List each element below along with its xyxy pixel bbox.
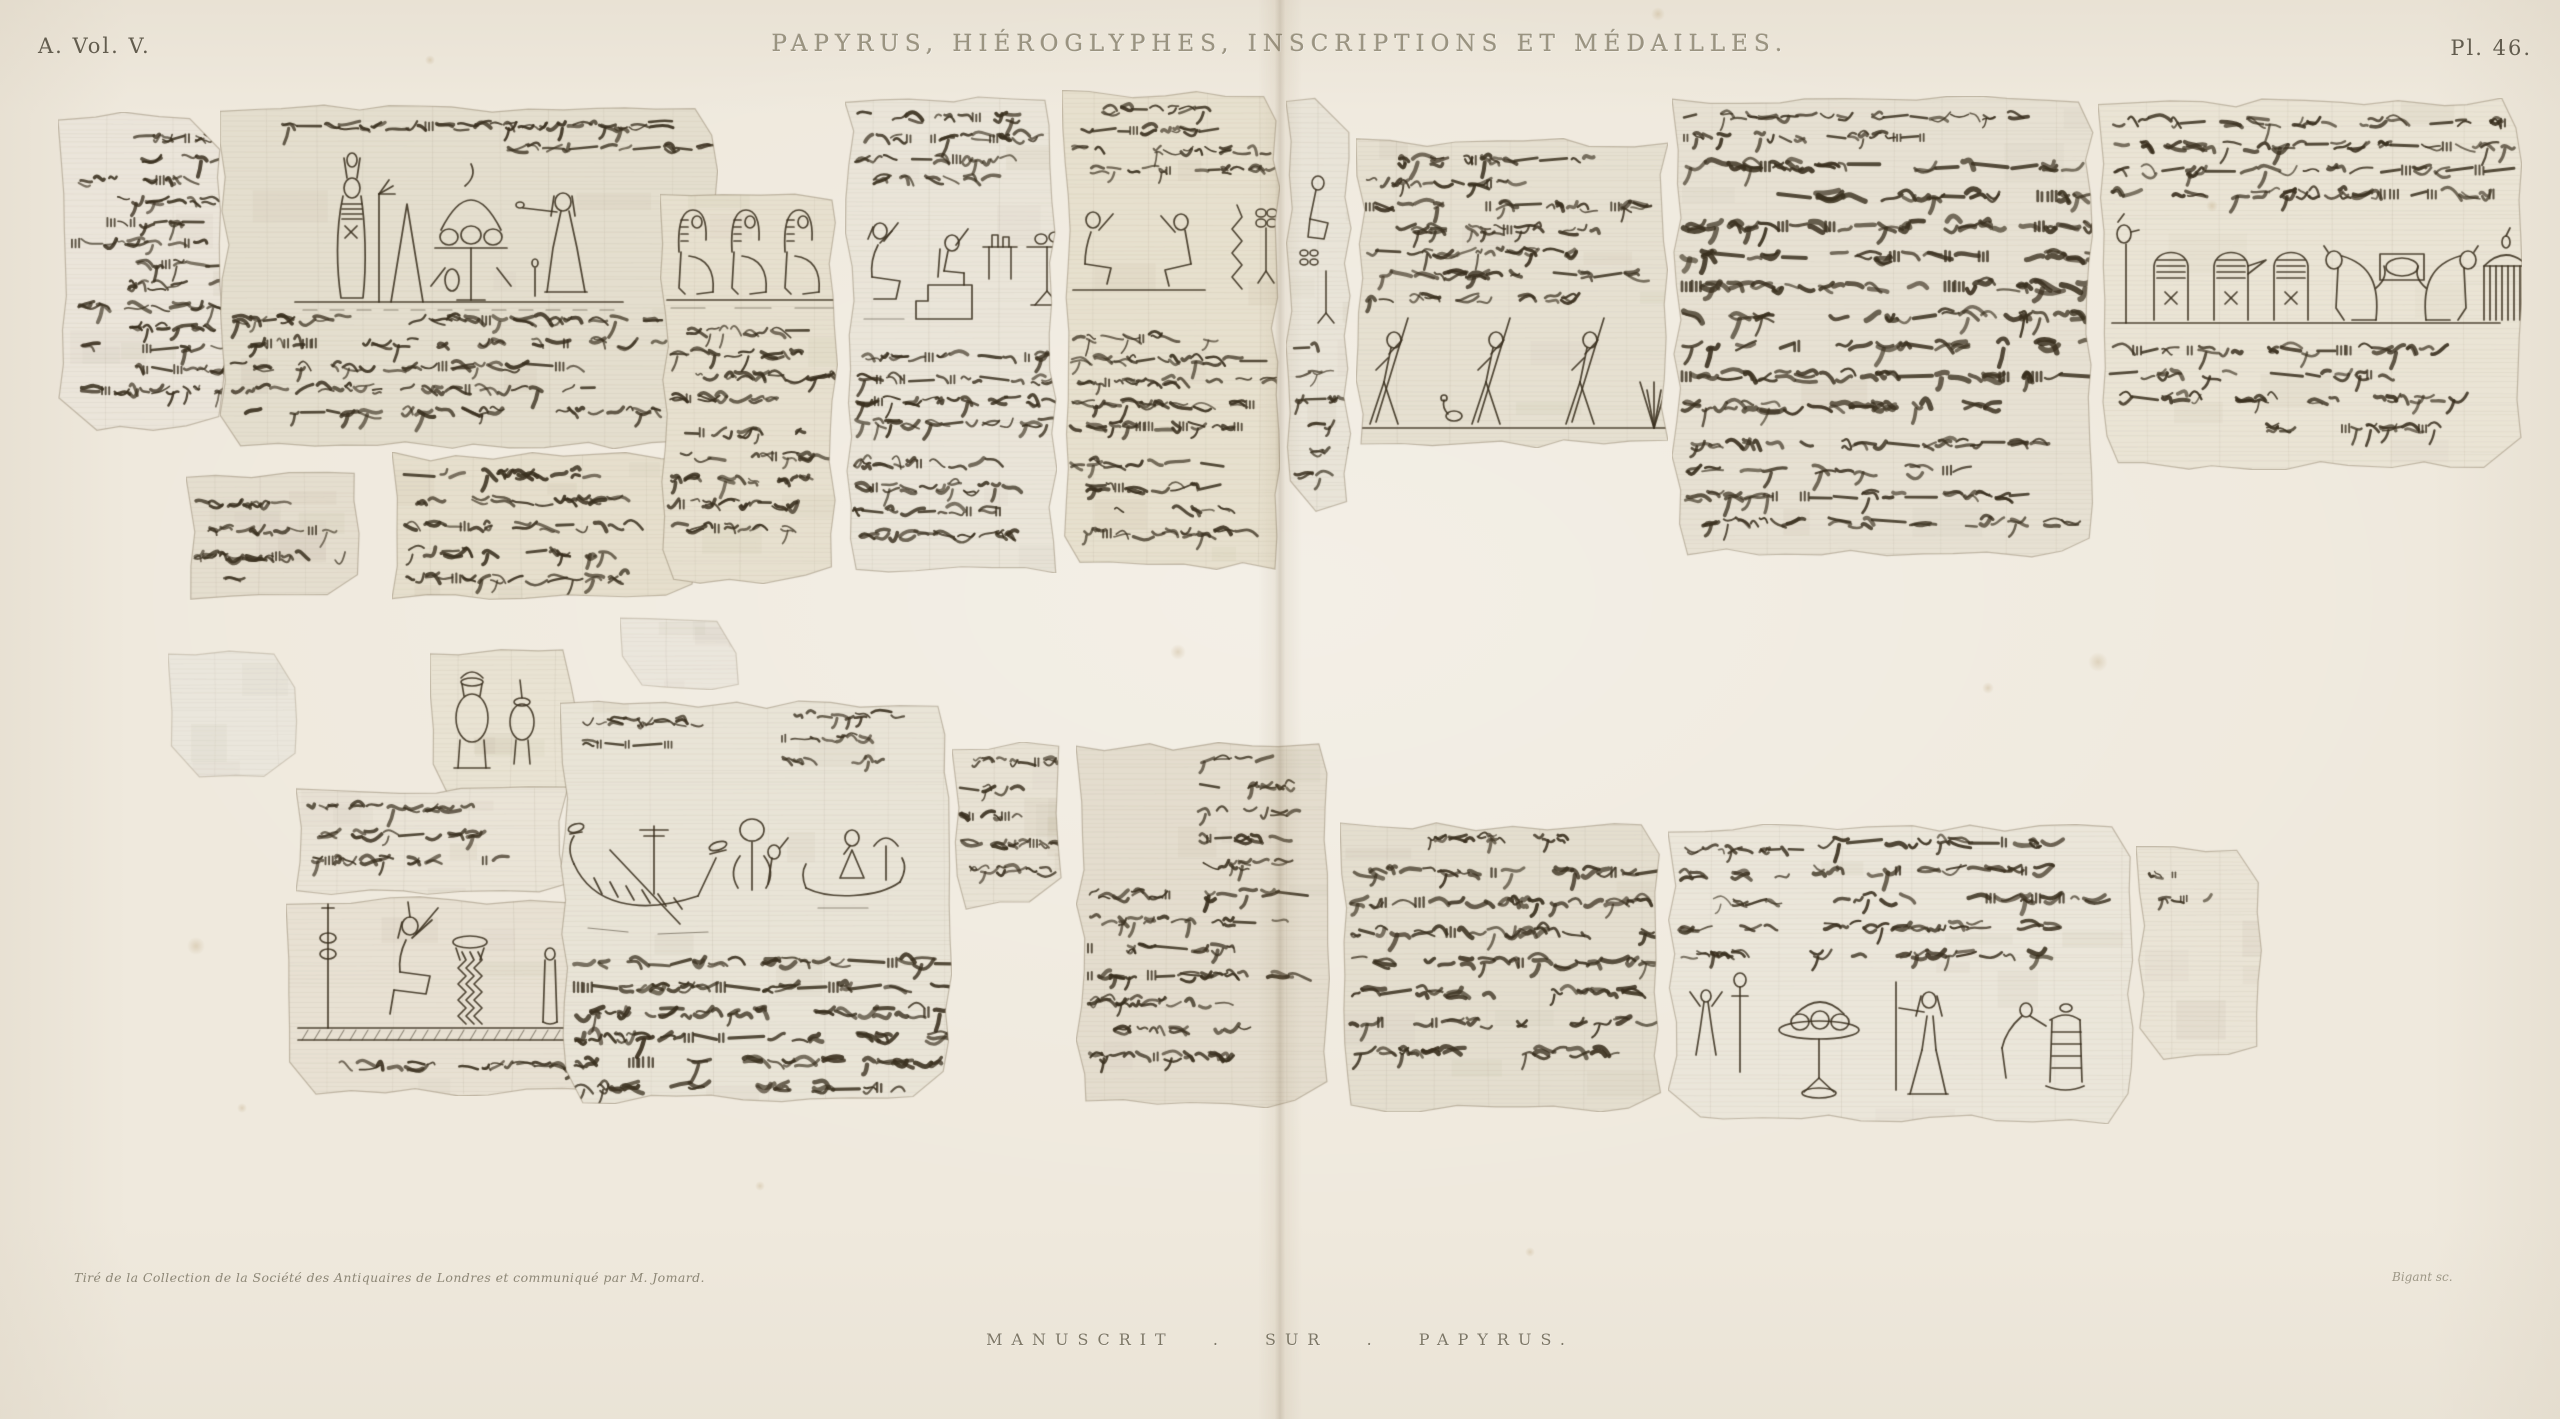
foxing-spot bbox=[237, 1103, 247, 1113]
top-6-art bbox=[845, 95, 1057, 573]
bottom-2-art bbox=[296, 786, 568, 896]
bottom-5-art bbox=[952, 742, 1064, 910]
plate-caption: MANUSCRIT . SUR . PAPYRUS. bbox=[0, 1330, 2560, 1349]
papyrus-fragment-bottom-8 bbox=[1668, 824, 2136, 1124]
papyrus-fragment-bottom-6 bbox=[1076, 742, 1330, 1108]
papyrus-fragment-top-4 bbox=[186, 470, 362, 600]
papyrus-fragment-top-3 bbox=[392, 452, 700, 600]
papyrus-fragment-bottom-7 bbox=[1340, 822, 1662, 1112]
foxing-spot bbox=[1982, 682, 1994, 694]
top-5-art bbox=[660, 192, 838, 584]
foxing-spot bbox=[1651, 7, 1665, 21]
ghost-2-art bbox=[620, 616, 740, 690]
bottom-7-art bbox=[1340, 822, 1662, 1112]
foxing-spot bbox=[755, 1181, 765, 1191]
top-8-art bbox=[1286, 95, 1352, 515]
top-10-art bbox=[1672, 96, 2094, 558]
papyrus-fragment-bottom-9 bbox=[2136, 846, 2264, 1062]
top-9-art bbox=[1356, 138, 1668, 448]
top-4-art bbox=[186, 470, 362, 600]
bottom-8-art bbox=[1668, 824, 2136, 1124]
papyrus-fragment-ghost-1 bbox=[168, 650, 300, 780]
foxing-spot bbox=[1525, 1247, 1535, 1257]
papyrus-fragment-bottom-5 bbox=[952, 742, 1064, 910]
papyrus-fragment-top-11 bbox=[2098, 98, 2522, 470]
top-7-art bbox=[1062, 90, 1280, 570]
ghost-1-art bbox=[168, 650, 300, 780]
papyrus-fragment-ghost-2 bbox=[620, 616, 740, 690]
papyrus-fragment-bottom-4 bbox=[560, 700, 952, 1104]
top-2-art bbox=[220, 104, 718, 449]
papyrus-fragment-top-2 bbox=[220, 104, 718, 449]
bottom-4-art bbox=[560, 700, 952, 1104]
papyrus-fragment-top-6 bbox=[845, 95, 1057, 573]
papyrus-fragment-top-1 bbox=[58, 112, 226, 432]
engraved-plate: A. Vol. V. PAPYRUS, HIÉROGLYPHES, INSCRI… bbox=[0, 0, 2560, 1419]
engraver-signature: Bigant sc. bbox=[2392, 1270, 2453, 1284]
foxing-spot bbox=[1170, 644, 1186, 660]
papyrus-fragment-bottom-1 bbox=[430, 648, 580, 798]
bottom-6-art bbox=[1076, 742, 1330, 1108]
top-3-art bbox=[392, 452, 700, 600]
foxing-spot bbox=[2088, 652, 2108, 672]
credit-line: Tiré de la Collection de la Société des … bbox=[74, 1270, 705, 1285]
plate-title: PAPYRUS, HIÉROGLYPHES, INSCRIPTIONS ET M… bbox=[0, 31, 2560, 57]
papyrus-fragment-top-5 bbox=[660, 192, 838, 584]
bottom-9-art bbox=[2136, 846, 2264, 1062]
plate-number: Pl. 46. bbox=[2450, 36, 2532, 60]
papyrus-fragment-top-9 bbox=[1356, 138, 1668, 448]
papyrus-fragment-top-10 bbox=[1672, 96, 2094, 558]
papyrus-fragment-top-8 bbox=[1286, 95, 1352, 515]
top-11-art bbox=[2098, 98, 2522, 470]
foxing-spot bbox=[187, 937, 205, 955]
papyrus-fragment-top-7 bbox=[1062, 90, 1280, 570]
bottom-1-art bbox=[430, 648, 580, 798]
top-1-art bbox=[58, 112, 226, 432]
papyrus-fragment-bottom-2 bbox=[296, 786, 568, 896]
